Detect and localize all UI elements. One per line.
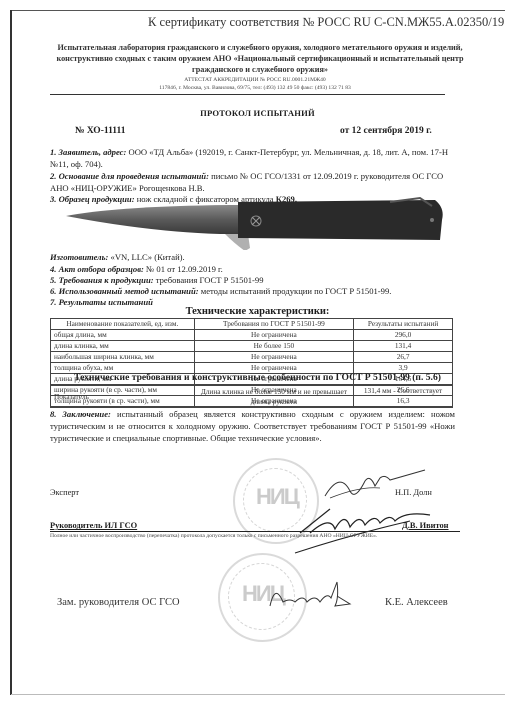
protocol-title: ПРОТОКОЛ ИСПЫТАНИЙ <box>0 108 515 118</box>
table-cell: 131,4 мм - Соответствует <box>354 386 453 408</box>
expert-name: Н.П. Долн <box>395 488 432 497</box>
spec-table-title: Технические характеристики: <box>0 306 515 317</box>
header-cell: Наименование показателей, ед. изм. <box>51 319 195 330</box>
table-cell: 131,4 <box>354 341 453 352</box>
table-cell: Длина клинка не более 150 мм и не превыш… <box>194 386 354 408</box>
applicant-label: 1. Заявитель, адрес: <box>50 147 126 157</box>
table-cell: наибольшая ширина клинка, мм <box>51 352 195 363</box>
item-conclusion: 8. Заключение: испытанный образец являет… <box>50 409 455 444</box>
req-table-title: Технические требования и конструктивные … <box>0 372 515 383</box>
table-cell: Показатель <box>51 386 195 408</box>
head-name: Д.В. Ивитон <box>402 521 449 530</box>
protocol-date: от 12 сентября 2019 г. <box>340 126 432 136</box>
lab-address: 117846, г. Москва, ул. Вавилова, 69/75, … <box>60 84 450 92</box>
conclusion-label: 8. Заключение: <box>50 409 111 419</box>
item-manufacturer: Изготовитель: «VN, LLC» (Китай). <box>50 252 455 264</box>
act-value: № 01 от 12.09.2019 г. <box>144 264 223 274</box>
manufacturer-label: Изготовитель: <box>50 252 108 262</box>
page-border-bottom <box>11 694 505 695</box>
accreditation-block: АТТЕСТАТ АККРЕДИТАЦИИ № РОСС RU.0001.21М… <box>60 76 450 92</box>
deputy-name: К.Е. Алексеев <box>385 597 448 608</box>
table-cell: Не более 150 <box>194 341 354 352</box>
table-cell: Не ограничена <box>194 330 354 341</box>
reproduction-notice: Полное или частичное воспроизводство (пе… <box>50 533 377 539</box>
table-cell: общая длина, мм <box>51 330 195 341</box>
table-cell: 296,0 <box>354 330 453 341</box>
spec-table-header: Наименование показателей, ед. изм. Требо… <box>51 319 453 330</box>
item-basis: 2. Основание для проведения испытаний: п… <box>50 171 455 195</box>
basis-label: 2. Основание для проведения испытаний: <box>50 171 209 181</box>
deputy-signature <box>265 578 355 618</box>
act-label: 4. Акт отбора образцов: <box>50 264 144 274</box>
item-applicant: 1. Заявитель, адрес: ООО «ТД Альба» (192… <box>50 147 455 171</box>
method-label: 6. Использованный метод испытаний: <box>50 286 199 296</box>
head-label: Руководитель ИЛ ГСО <box>50 521 137 530</box>
table-row: наибольшая ширина клинка, мм Не ограниче… <box>51 352 453 363</box>
expert-label: Эксперт <box>50 488 79 497</box>
table-cell: Не ограничена <box>194 352 354 363</box>
table-cell: длина клинка, мм <box>51 341 195 352</box>
requirements-label: 5. Требования к продукции: <box>50 275 154 285</box>
page-border-top <box>11 10 505 11</box>
header-cell: Результаты испытаний <box>354 319 453 330</box>
conclusion-text: испытанный образец является конструктивн… <box>50 409 455 443</box>
laboratory-name: Испытательная лаборатория гражданского и… <box>40 42 480 75</box>
signature-divider <box>50 531 460 532</box>
manufacturer-value: «VN, LLC» (Китай). <box>108 252 184 262</box>
expert-signature <box>320 466 430 506</box>
table-row: длина клинка, мм Не более 150 131,4 <box>51 341 453 352</box>
table-cell: 26,7 <box>354 352 453 363</box>
certificate-reference: К сертификату соответствия № РОСС RU C-C… <box>148 15 508 30</box>
table-row: общая длина, мм Не ограничена 296,0 <box>51 330 453 341</box>
protocol-number: № ХО-11111 <box>75 126 126 136</box>
knife-photo <box>60 196 450 250</box>
deputy-label: Зам. руководителя ОС ГСО <box>57 597 180 608</box>
header-cell: Требования по ГОСТ Р 51501-99 <box>194 319 354 330</box>
method-value: методы испытаний продукции по ГОСТ Р 515… <box>199 286 392 296</box>
accreditation-number: АТТЕСТАТ АККРЕДИТАЦИИ № РОСС RU.0001.21М… <box>60 76 450 84</box>
header-divider <box>50 94 445 95</box>
requirements-value: требования ГОСТ Р 51501-99 <box>154 275 264 285</box>
table-row: Показатель Длина клинка не более 150 мм … <box>51 386 453 408</box>
requirements-table: Показатель Длина клинка не более 150 мм … <box>50 385 453 408</box>
